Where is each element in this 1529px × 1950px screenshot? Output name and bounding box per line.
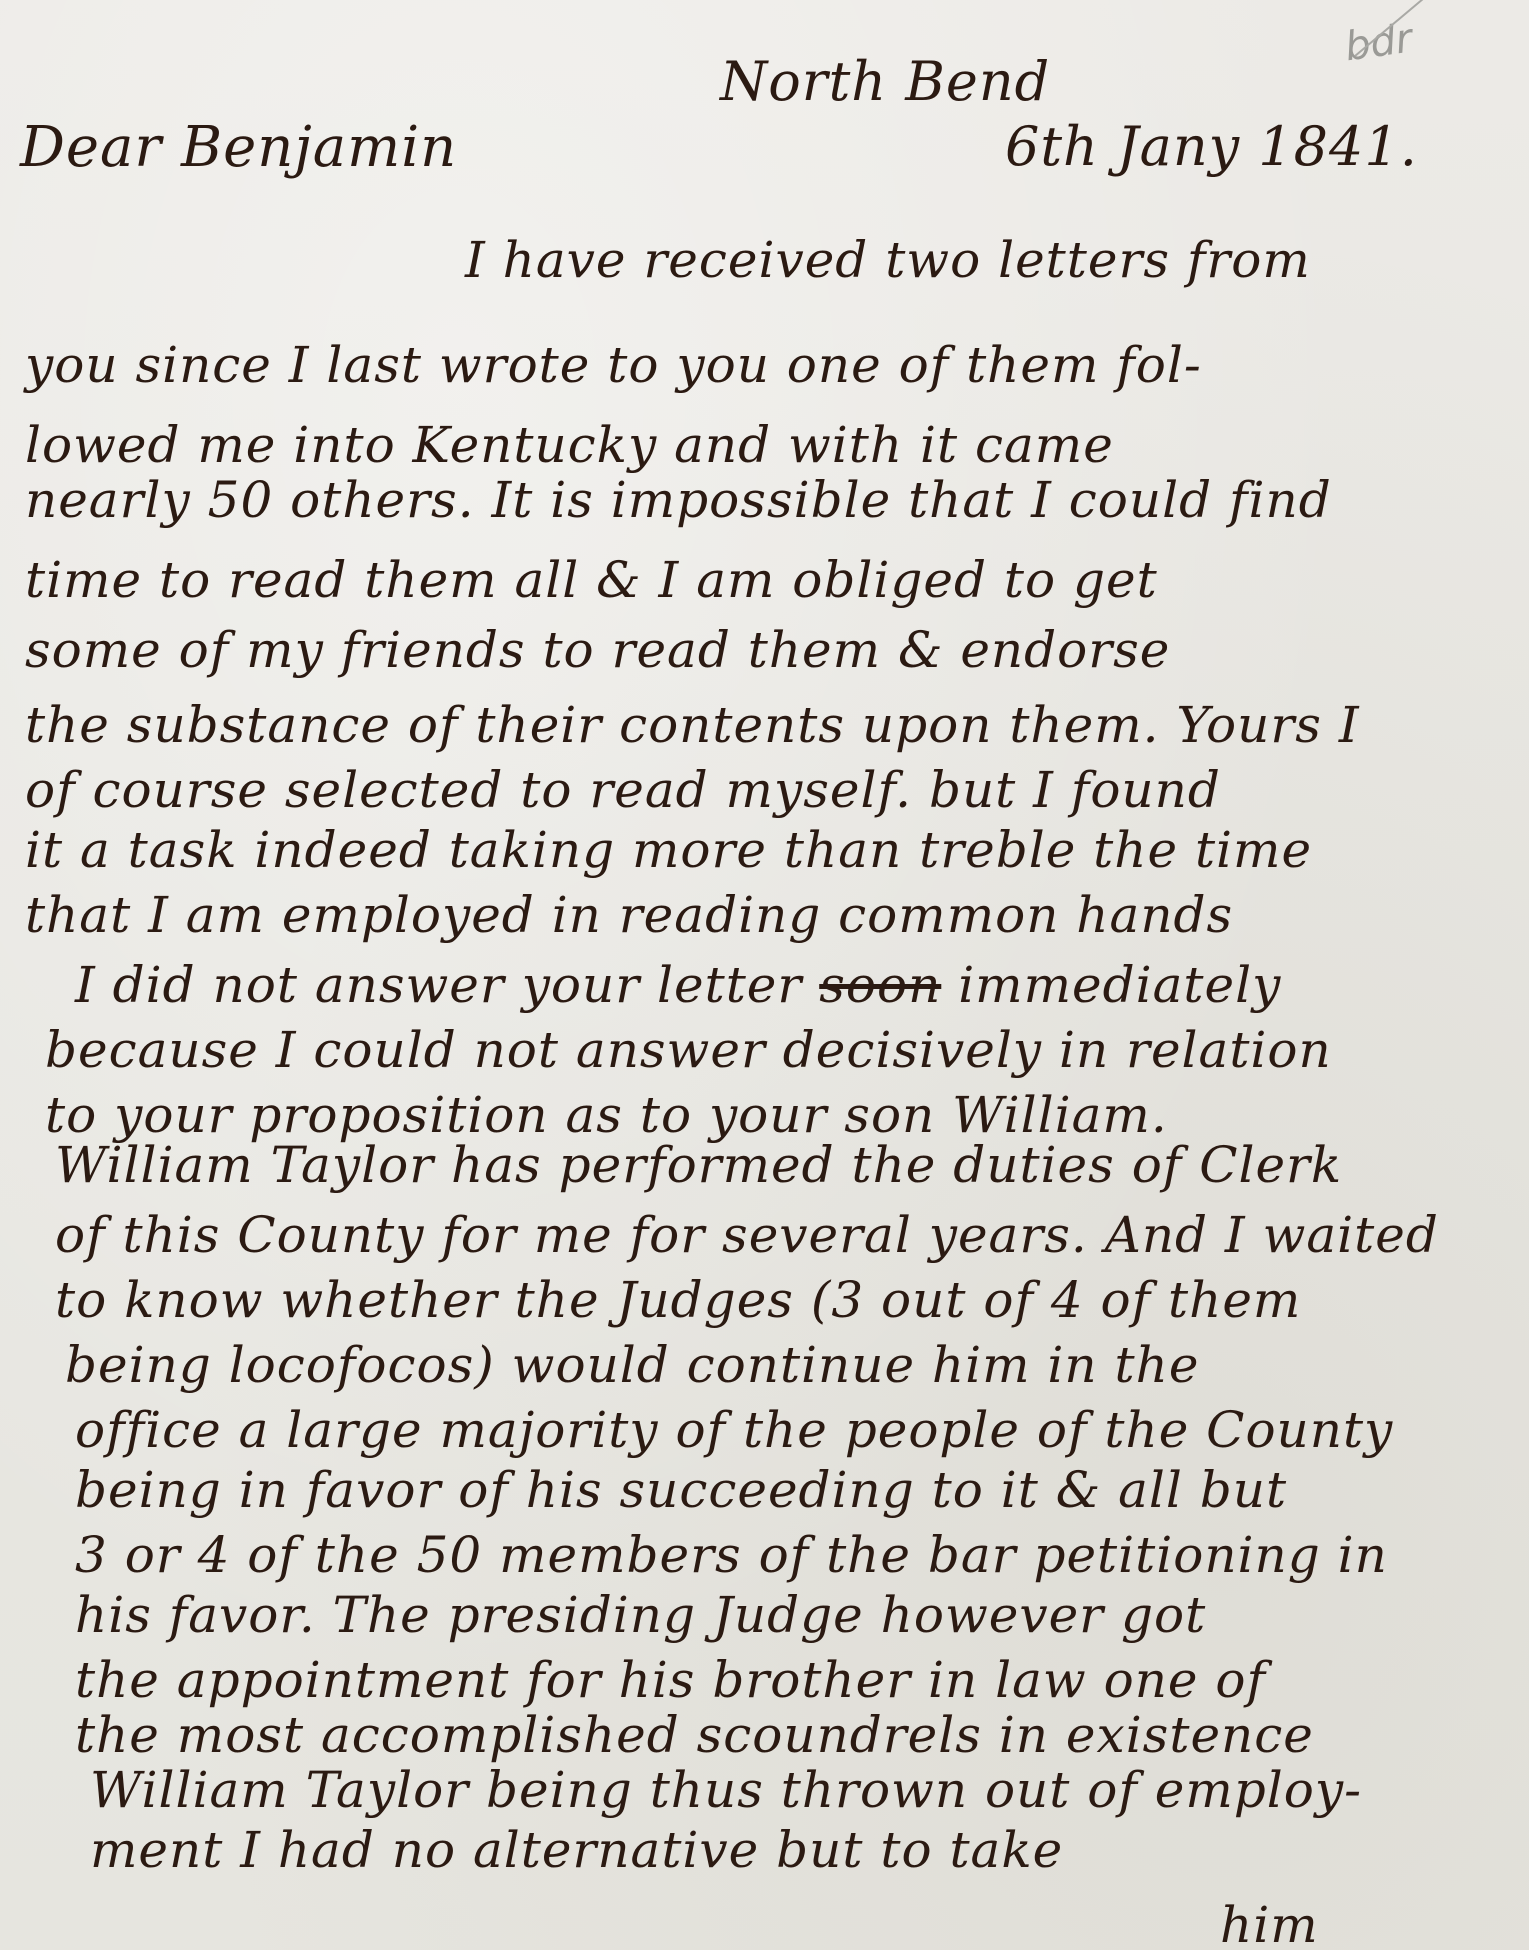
body-line: of course selected to read myself. but I… — [25, 765, 1221, 815]
body-line: some of my friends to read them & endors… — [25, 625, 1170, 675]
ink-bleed-through — [700, 60, 714, 111]
body-line: lowed me into Kentucky and with it came — [25, 420, 1114, 470]
date-line: 6th Jany 1841. — [1005, 120, 1418, 174]
body-line: of this County for me for several years.… — [55, 1210, 1439, 1260]
body-line: being in favor of his succeeding to it &… — [75, 1465, 1287, 1515]
catchword: him — [1220, 1900, 1319, 1950]
place-line: North Bend — [720, 55, 1050, 109]
body-line: William Taylor has performed the duties … — [55, 1140, 1342, 1190]
letter-page: bdr North Bend 6th Jany 1841. Dear Benja… — [0, 0, 1529, 1950]
body-line: it a task indeed taking more than treble… — [25, 825, 1312, 875]
body-line: because I could not answer decisively in… — [45, 1025, 1332, 1075]
body-line: his favor. The presiding Judge however g… — [75, 1590, 1206, 1640]
body-line: William Taylor being thus thrown out of … — [90, 1765, 1362, 1815]
salutation: Dear Benjamin — [20, 120, 457, 176]
body-line-text: I did not answer your letter — [75, 956, 802, 1014]
body-line: office a large majority of the people of… — [75, 1405, 1393, 1455]
body-line: time to read them all & I am obliged to … — [25, 555, 1158, 605]
struck-word: soon — [819, 956, 941, 1014]
body-line: 3 or 4 of the 50 members of the bar peti… — [75, 1530, 1388, 1580]
body-line: ment I had no alternative but to take — [90, 1825, 1063, 1875]
body-line: the substance of their contents upon the… — [25, 700, 1360, 750]
body-line: you since I last wrote to you one of the… — [25, 340, 1202, 390]
body-line: the most accomplished scoundrels in exis… — [75, 1710, 1314, 1760]
body-line: nearly 50 others. It is impossible that … — [25, 475, 1332, 525]
inserted-word: immediately — [958, 956, 1281, 1014]
body-line: that I am employed in reading common han… — [25, 890, 1233, 940]
body-line: to know whether the Judges (3 out of 4 o… — [55, 1275, 1301, 1325]
body-line: to your proposition as to your son Willi… — [45, 1090, 1168, 1140]
body-line: I have received two letters from — [465, 235, 1311, 285]
body-line: the appointment for his brother in law o… — [75, 1655, 1266, 1705]
body-line: being locofocos) would continue him in t… — [65, 1340, 1199, 1390]
body-line-with-strike: I did not answer your letter soon immedi… — [75, 960, 1281, 1010]
archival-pencil-mark: bdr — [1342, 16, 1415, 71]
